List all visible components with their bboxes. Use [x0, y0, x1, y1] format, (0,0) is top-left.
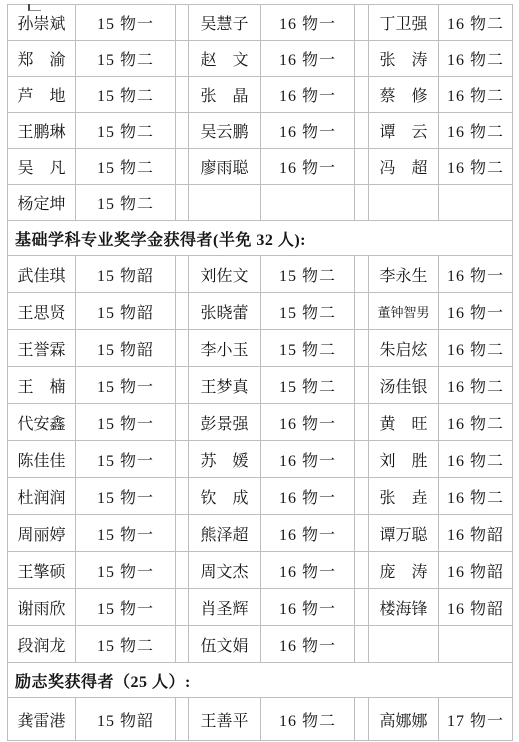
recipient-name: 庞 涛 [369, 552, 439, 589]
spacer-cell [355, 77, 369, 113]
recipient-class: 16 物二 [261, 698, 355, 741]
recipient-class: 15 物一 [76, 515, 176, 552]
recipient-name: 谭 云 [369, 113, 439, 149]
recipient-name [189, 185, 261, 221]
recipient-name: 刘佐文 [189, 256, 261, 293]
recipient-name: 肖圣辉 [189, 589, 261, 626]
spacer-cell [176, 41, 189, 77]
recipient-class: 15 物韶 [76, 293, 176, 330]
recipient-class: 16 物二 [439, 77, 513, 113]
recipient-row: 周丽婷15 物一熊泽超16 物一谭万聪16 物韶 [8, 515, 513, 552]
recipient-name: 廖雨聪 [189, 149, 261, 185]
recipient-name: 孙崇斌 [8, 5, 76, 41]
recipient-name: 张 涛 [369, 41, 439, 77]
recipient-name: 丁卫强 [369, 5, 439, 41]
spacer-cell [176, 515, 189, 552]
recipient-row: 郑 渝15 物二赵 文16 物一张 涛16 物二 [8, 41, 513, 77]
recipient-row: 杨定坤15 物二 [8, 185, 513, 221]
recipient-class: 15 物二 [76, 113, 176, 149]
recipient-name: 王梦真 [189, 367, 261, 404]
recipient-name: 陈佳佳 [8, 441, 76, 478]
recipient-name: 谢雨欣 [8, 589, 76, 626]
recipient-class: 15 物二 [76, 77, 176, 113]
recipient-name: 代安鑫 [8, 404, 76, 441]
spacer-cell [355, 404, 369, 441]
spacer-cell [355, 41, 369, 77]
recipient-name: 伍文娟 [189, 626, 261, 663]
recipient-class: 15 物二 [261, 293, 355, 330]
spacer-cell [355, 293, 369, 330]
recipient-class: 16 物一 [261, 41, 355, 77]
recipient-name: 谭万聪 [369, 515, 439, 552]
section-header-title: 基础学科专业奖学金获得者(半免 32 人): [8, 221, 513, 256]
recipient-class: 16 物一 [439, 256, 513, 293]
spacer-cell [355, 589, 369, 626]
recipient-name: 高娜娜 [369, 698, 439, 741]
recipient-row: 王鹏琳15 物二吴云鹏16 物一谭 云16 物二 [8, 113, 513, 149]
recipient-name: 李小玉 [189, 330, 261, 367]
recipient-class: 16 物一 [261, 626, 355, 663]
recipient-name: 汤佳银 [369, 367, 439, 404]
spacer-cell [355, 256, 369, 293]
recipient-row: 吴 凡15 物二廖雨聪16 物一冯 超16 物二 [8, 149, 513, 185]
recipient-name: 王擎硕 [8, 552, 76, 589]
recipient-name: 张 垚 [369, 478, 439, 515]
recipient-name: 冯 超 [369, 149, 439, 185]
recipient-name: 周丽婷 [8, 515, 76, 552]
spacer-cell [355, 552, 369, 589]
recipient-name: 王善平 [189, 698, 261, 741]
recipient-class [261, 185, 355, 221]
recipient-class: 16 物二 [439, 478, 513, 515]
spacer-cell [355, 5, 369, 41]
spacer-cell [176, 185, 189, 221]
recipient-name: 苏 媛 [189, 441, 261, 478]
recipient-name: 张 晶 [189, 77, 261, 113]
recipient-class: 16 物二 [439, 149, 513, 185]
spacer-cell [176, 552, 189, 589]
recipient-name: 段润龙 [8, 626, 76, 663]
recipient-row: 王 楠15 物一王梦真15 物二汤佳银16 物二 [8, 367, 513, 404]
recipient-class: 15 物一 [76, 404, 176, 441]
recipient-name [369, 185, 439, 221]
recipient-class: 15 物二 [76, 41, 176, 77]
recipient-class: 16 物一 [261, 5, 355, 41]
recipient-class: 15 物二 [261, 256, 355, 293]
recipient-class: 16 物韶 [439, 515, 513, 552]
recipient-class: 16 物二 [439, 5, 513, 41]
recipient-class: 16 物二 [439, 41, 513, 77]
spacer-cell [176, 698, 189, 741]
recipient-class: 15 物二 [261, 367, 355, 404]
spacer-cell [355, 626, 369, 663]
recipient-row: 龚雷港15 物韶王善平16 物二高娜娜17 物一 [8, 698, 513, 741]
recipient-class: 15 物一 [76, 367, 176, 404]
recipient-row: 武佳琪15 物韶刘佐文15 物二李永生16 物一 [8, 256, 513, 293]
recipient-row: 谢雨欣15 物一肖圣辉16 物一楼海锋16 物韶 [8, 589, 513, 626]
recipient-class: 16 物韶 [439, 589, 513, 626]
recipient-name: 吴云鹏 [189, 113, 261, 149]
recipient-name: 彭景强 [189, 404, 261, 441]
recipient-class [439, 185, 513, 221]
recipient-row: 陈佳佳15 物一苏 媛16 物一刘 胜16 物二 [8, 441, 513, 478]
recipient-class: 16 物一 [261, 515, 355, 552]
recipient-name: 赵 文 [189, 41, 261, 77]
spacer-cell [176, 367, 189, 404]
spacer-cell [176, 478, 189, 515]
section-header-row: 励志奖获得者（25 人）: [8, 663, 513, 698]
spacer-cell [355, 367, 369, 404]
recipient-name: 吴 凡 [8, 149, 76, 185]
recipient-class: 15 物一 [76, 478, 176, 515]
recipient-name: 王思贤 [8, 293, 76, 330]
recipient-row: 王誉霖15 物韶李小玉15 物二朱启炫16 物二 [8, 330, 513, 367]
recipient-name: 芦 地 [8, 77, 76, 113]
scanned-document-page: 孙崇斌15 物一吴慧子16 物一丁卫强16 物二郑 渝15 物二赵 文16 物一… [0, 4, 519, 742]
recipient-name: 杜润润 [8, 478, 76, 515]
recipient-name: 武佳琪 [8, 256, 76, 293]
recipient-class: 15 物二 [261, 330, 355, 367]
recipient-name: 刘 胜 [369, 441, 439, 478]
recipient-row: 孙崇斌15 物一吴慧子16 物一丁卫强16 物二 [8, 5, 513, 41]
scan-artifact-mark [28, 4, 41, 11]
recipient-class: 15 物二 [76, 626, 176, 663]
recipient-name: 郑 渝 [8, 41, 76, 77]
recipient-class: 16 物二 [439, 330, 513, 367]
recipient-name: 钦 成 [189, 478, 261, 515]
recipient-class: 15 物二 [76, 185, 176, 221]
recipient-class: 16 物一 [261, 113, 355, 149]
recipient-name: 杨定坤 [8, 185, 76, 221]
recipient-class: 16 物一 [261, 149, 355, 185]
recipient-class: 16 物一 [261, 552, 355, 589]
awards-table-body: 孙崇斌15 物一吴慧子16 物一丁卫强16 物二郑 渝15 物二赵 文16 物一… [8, 5, 513, 741]
spacer-cell [355, 149, 369, 185]
recipient-name: 楼海锋 [369, 589, 439, 626]
recipient-class: 16 物二 [439, 441, 513, 478]
recipient-row: 王思贤15 物韶张晓蕾15 物二董钟智男16 物一 [8, 293, 513, 330]
spacer-cell [176, 293, 189, 330]
recipient-class: 16 物二 [439, 113, 513, 149]
recipient-class: 15 物韶 [76, 256, 176, 293]
recipient-class: 16 物二 [439, 367, 513, 404]
spacer-cell [355, 113, 369, 149]
recipient-name: 李永生 [369, 256, 439, 293]
recipient-name: 吴慧子 [189, 5, 261, 41]
recipient-class [439, 626, 513, 663]
spacer-cell [355, 185, 369, 221]
spacer-cell [355, 441, 369, 478]
recipient-class: 16 物一 [261, 478, 355, 515]
recipient-class: 15 物二 [76, 149, 176, 185]
spacer-cell [355, 515, 369, 552]
spacer-cell [355, 330, 369, 367]
recipient-name: 熊泽超 [189, 515, 261, 552]
spacer-cell [176, 113, 189, 149]
spacer-cell [176, 626, 189, 663]
recipient-name: 黄 旺 [369, 404, 439, 441]
recipient-row: 代安鑫15 物一彭景强16 物一黄 旺16 物二 [8, 404, 513, 441]
recipient-name: 蔡 修 [369, 77, 439, 113]
spacer-cell [176, 5, 189, 41]
recipient-class: 16 物韶 [439, 552, 513, 589]
recipient-class: 15 物韶 [76, 330, 176, 367]
spacer-cell [176, 404, 189, 441]
spacer-cell [176, 330, 189, 367]
spacer-cell [176, 149, 189, 185]
recipient-name: 王鹏琳 [8, 113, 76, 149]
recipient-name: 朱启炫 [369, 330, 439, 367]
spacer-cell [176, 256, 189, 293]
spacer-cell [355, 478, 369, 515]
recipient-class: 16 物二 [439, 404, 513, 441]
recipient-row: 芦 地15 物二张 晶16 物一蔡 修16 物二 [8, 77, 513, 113]
recipient-class: 15 物韶 [76, 698, 176, 741]
recipient-name: 周文杰 [189, 552, 261, 589]
recipient-row: 段润龙15 物二伍文娟16 物一 [8, 626, 513, 663]
recipient-class: 16 物一 [261, 589, 355, 626]
recipient-class: 16 物一 [261, 404, 355, 441]
section-header-row: 基础学科专业奖学金获得者(半免 32 人): [8, 221, 513, 256]
recipient-name: 董钟智男 [369, 293, 439, 330]
spacer-cell [176, 441, 189, 478]
recipient-row: 王擎硕15 物一周文杰16 物一庞 涛16 物韶 [8, 552, 513, 589]
scholarship-awards-table: 孙崇斌15 物一吴慧子16 物一丁卫强16 物二郑 渝15 物二赵 文16 物一… [7, 4, 513, 741]
recipient-class: 16 物一 [439, 293, 513, 330]
recipient-class: 15 物一 [76, 5, 176, 41]
recipient-class: 16 物一 [261, 441, 355, 478]
recipient-name: 龚雷港 [8, 698, 76, 741]
recipient-row: 杜润润15 物一钦 成16 物一张 垚16 物二 [8, 478, 513, 515]
spacer-cell [176, 589, 189, 626]
recipient-name [369, 626, 439, 663]
recipient-class: 15 物一 [76, 552, 176, 589]
spacer-cell [176, 77, 189, 113]
recipient-name: 王誉霖 [8, 330, 76, 367]
recipient-class: 15 物一 [76, 589, 176, 626]
recipient-class: 15 物一 [76, 441, 176, 478]
spacer-cell [355, 698, 369, 741]
recipient-class: 16 物一 [261, 77, 355, 113]
recipient-class: 17 物一 [439, 698, 513, 741]
recipient-name: 张晓蕾 [189, 293, 261, 330]
recipient-name: 王 楠 [8, 367, 76, 404]
section-header-title: 励志奖获得者（25 人）: [8, 663, 513, 698]
